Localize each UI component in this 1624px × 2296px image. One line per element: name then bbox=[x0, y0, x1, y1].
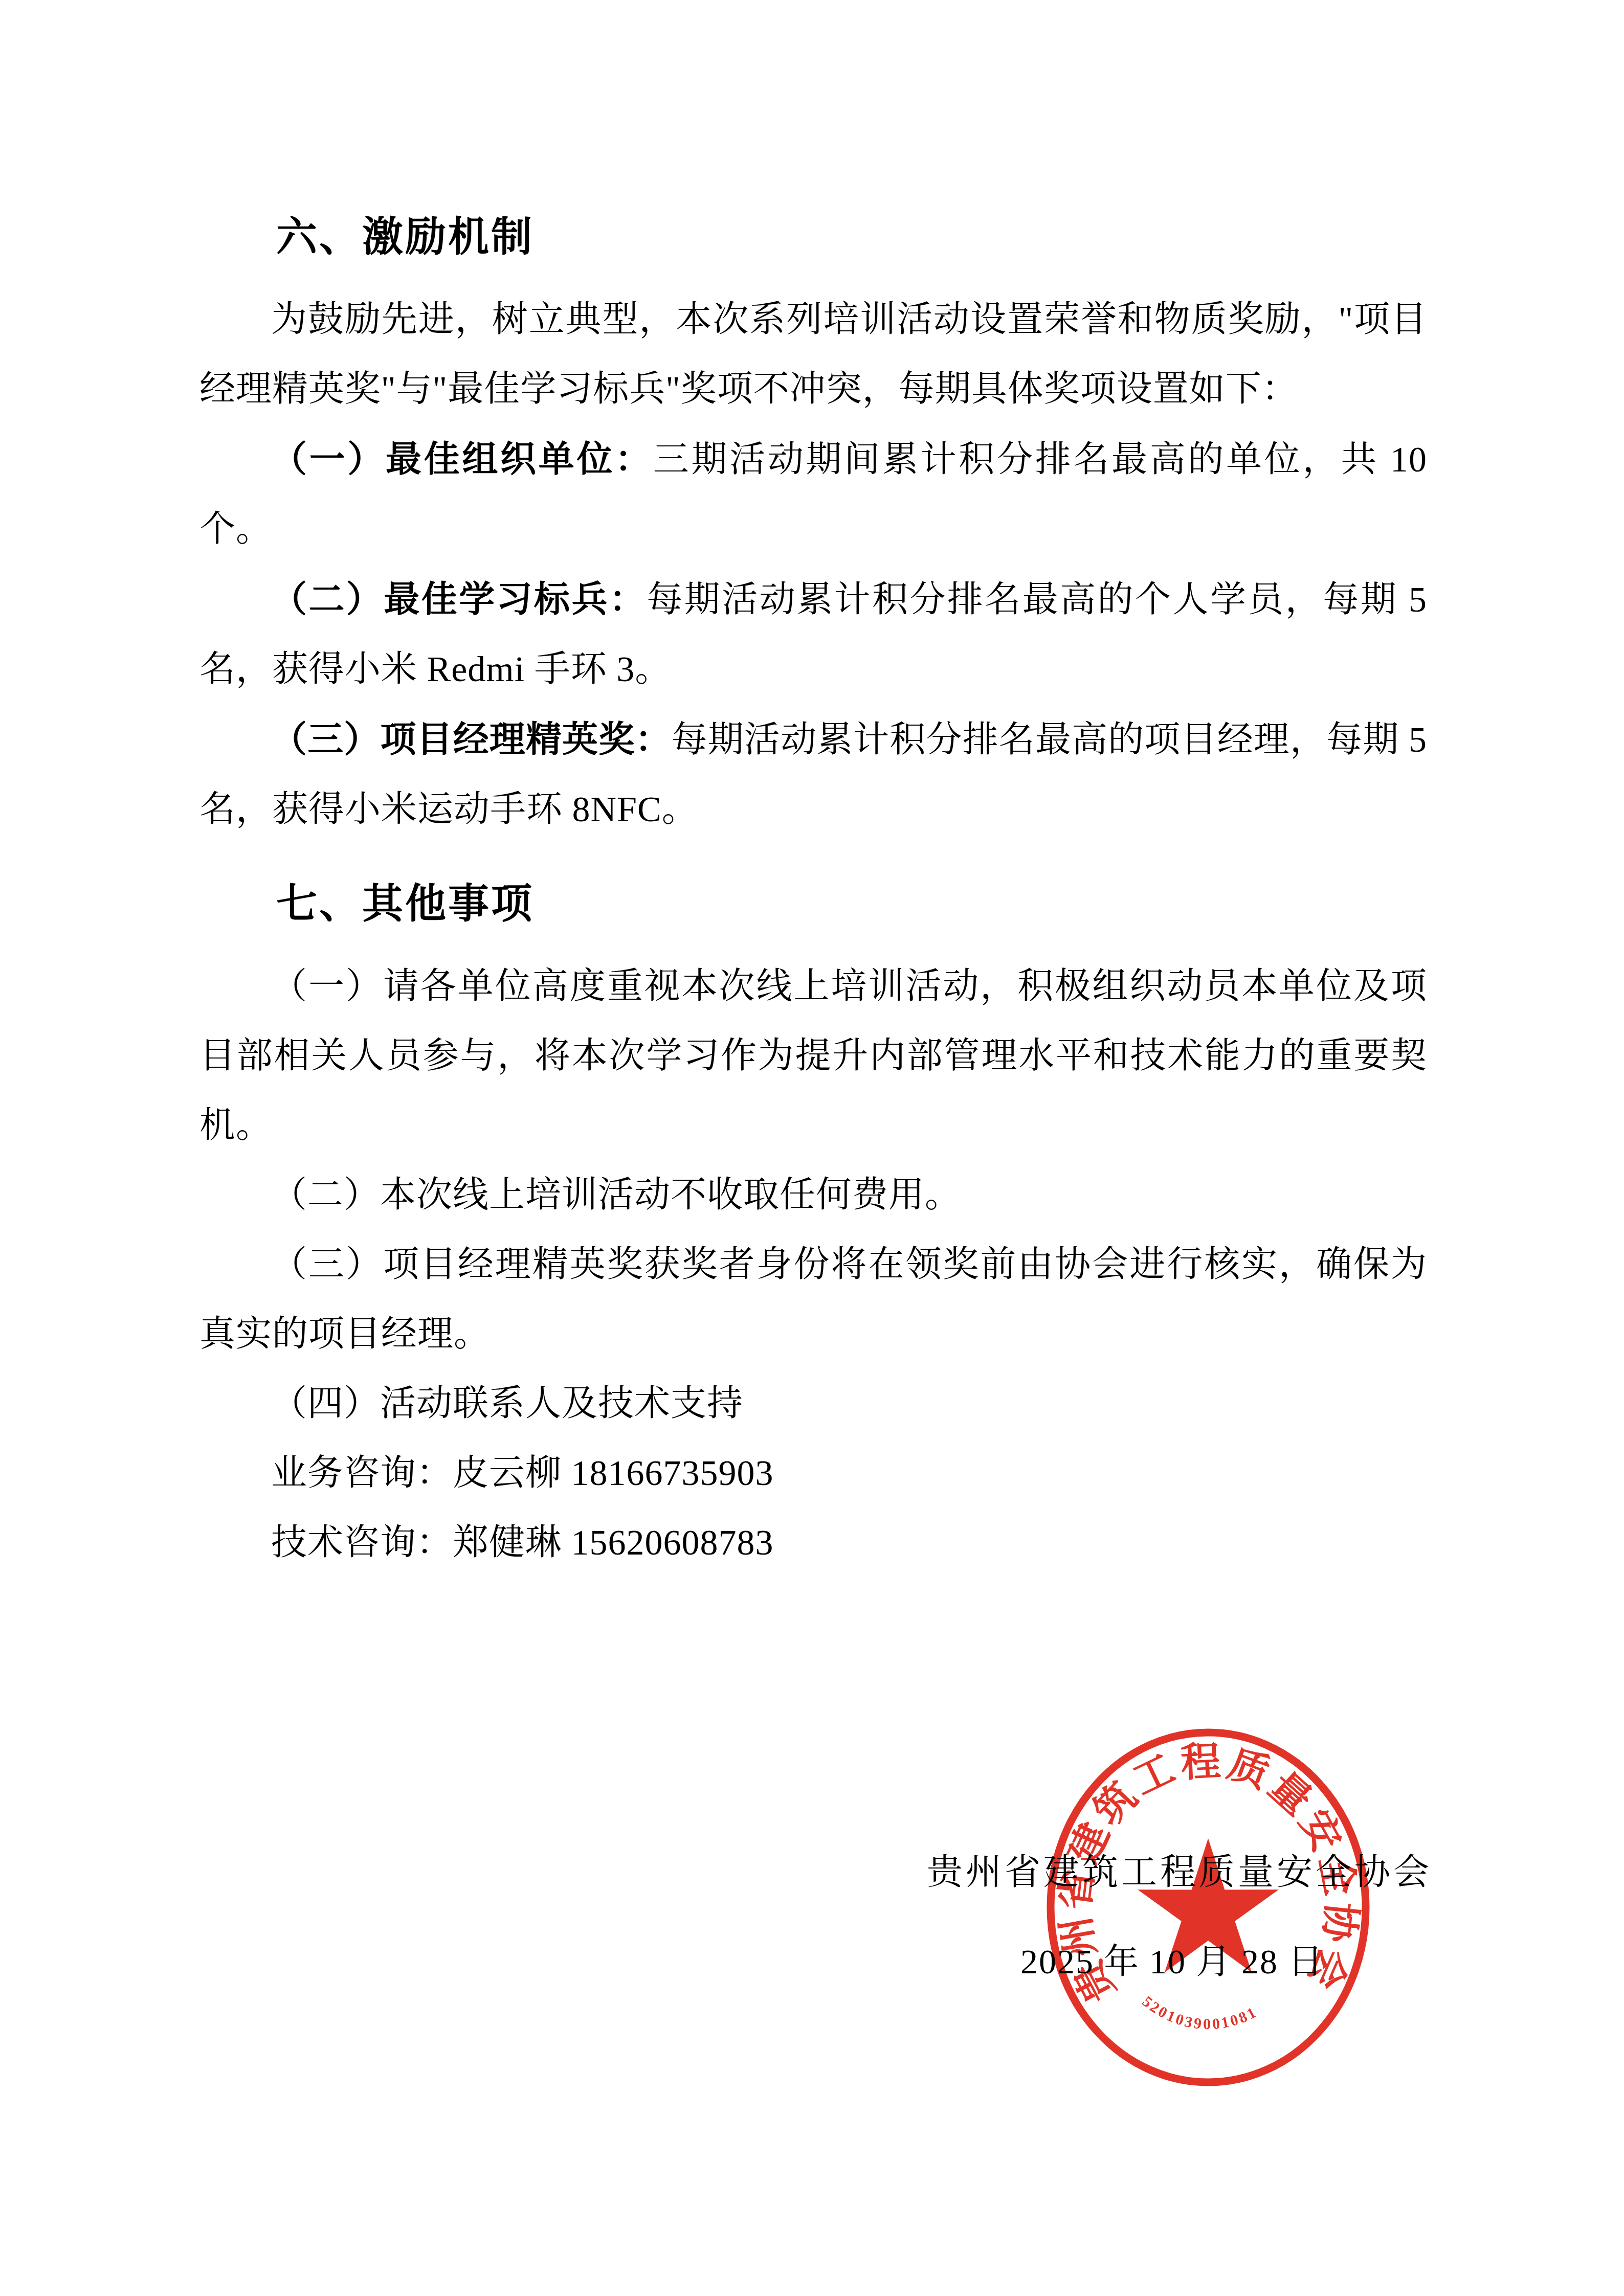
contact-technical-line: 技术咨询：郑健琳 15620608783 bbox=[199, 1509, 1427, 1578]
award-item-2: （二）最佳学习标兵：每期活动累计积分排名最高的个人学员，每期 5 名，获得小米 … bbox=[199, 565, 1427, 705]
seal-number: 5201039001081 bbox=[1139, 1993, 1261, 2033]
other-item-1: （一）请各单位高度重视本次线上培训活动，积极组织动员本单位及项目部相关人员参与，… bbox=[199, 952, 1427, 1161]
award-item-1-lead: （一）最佳组织单位： bbox=[271, 439, 653, 479]
contact-business-line: 业务咨询：皮云柳 18166735903 bbox=[199, 1439, 1427, 1509]
other-item-2: （二）本次线上培训活动不收取任何费用。 bbox=[199, 1161, 1427, 1230]
award-item-3: （三）项目经理精英奖：每期活动累计积分排名最高的项目经理，每期 5 名，获得小米… bbox=[199, 705, 1427, 845]
section6-heading: 六、激励机制 bbox=[276, 198, 1427, 275]
section6-intro-paragraph: 为鼓励先进，树立典型，本次系列培训活动设置荣誉和物质奖励，"项目经理精英奖"与"… bbox=[199, 285, 1427, 424]
seal-star bbox=[1138, 1838, 1279, 1972]
award-item-1: （一）最佳组织单位：三期活动期间累计积分排名最高的单位，共 10 个。 bbox=[199, 424, 1427, 565]
award-item-3-lead: （三）项目经理精英奖： bbox=[271, 719, 672, 759]
award-item-2-lead: （二）最佳学习标兵： bbox=[271, 579, 647, 619]
other-item-3: （三）项目经理精英奖获奖者身份将在领奖前由协会进行核实，确保为真实的项目经理。 bbox=[199, 1230, 1427, 1369]
document-page: 六、激励机制 为鼓励先进，树立典型，本次系列培训活动设置荣誉和物质奖励，"项目经… bbox=[0, 0, 1624, 2296]
seal-number-holder: 5201039001081 bbox=[1139, 1993, 1261, 2033]
official-seal: 贵州省建筑工程质量安全协会 5201039001081 bbox=[1038, 1722, 1378, 2092]
other-item-4: （四）活动联系人及技术支持 bbox=[199, 1369, 1427, 1439]
document-content: 六、激励机制 为鼓励先进，树立典型，本次系列培训活动设置荣誉和物质奖励，"项目经… bbox=[199, 198, 1427, 1578]
section7-heading: 七、其他事项 bbox=[276, 865, 1427, 942]
